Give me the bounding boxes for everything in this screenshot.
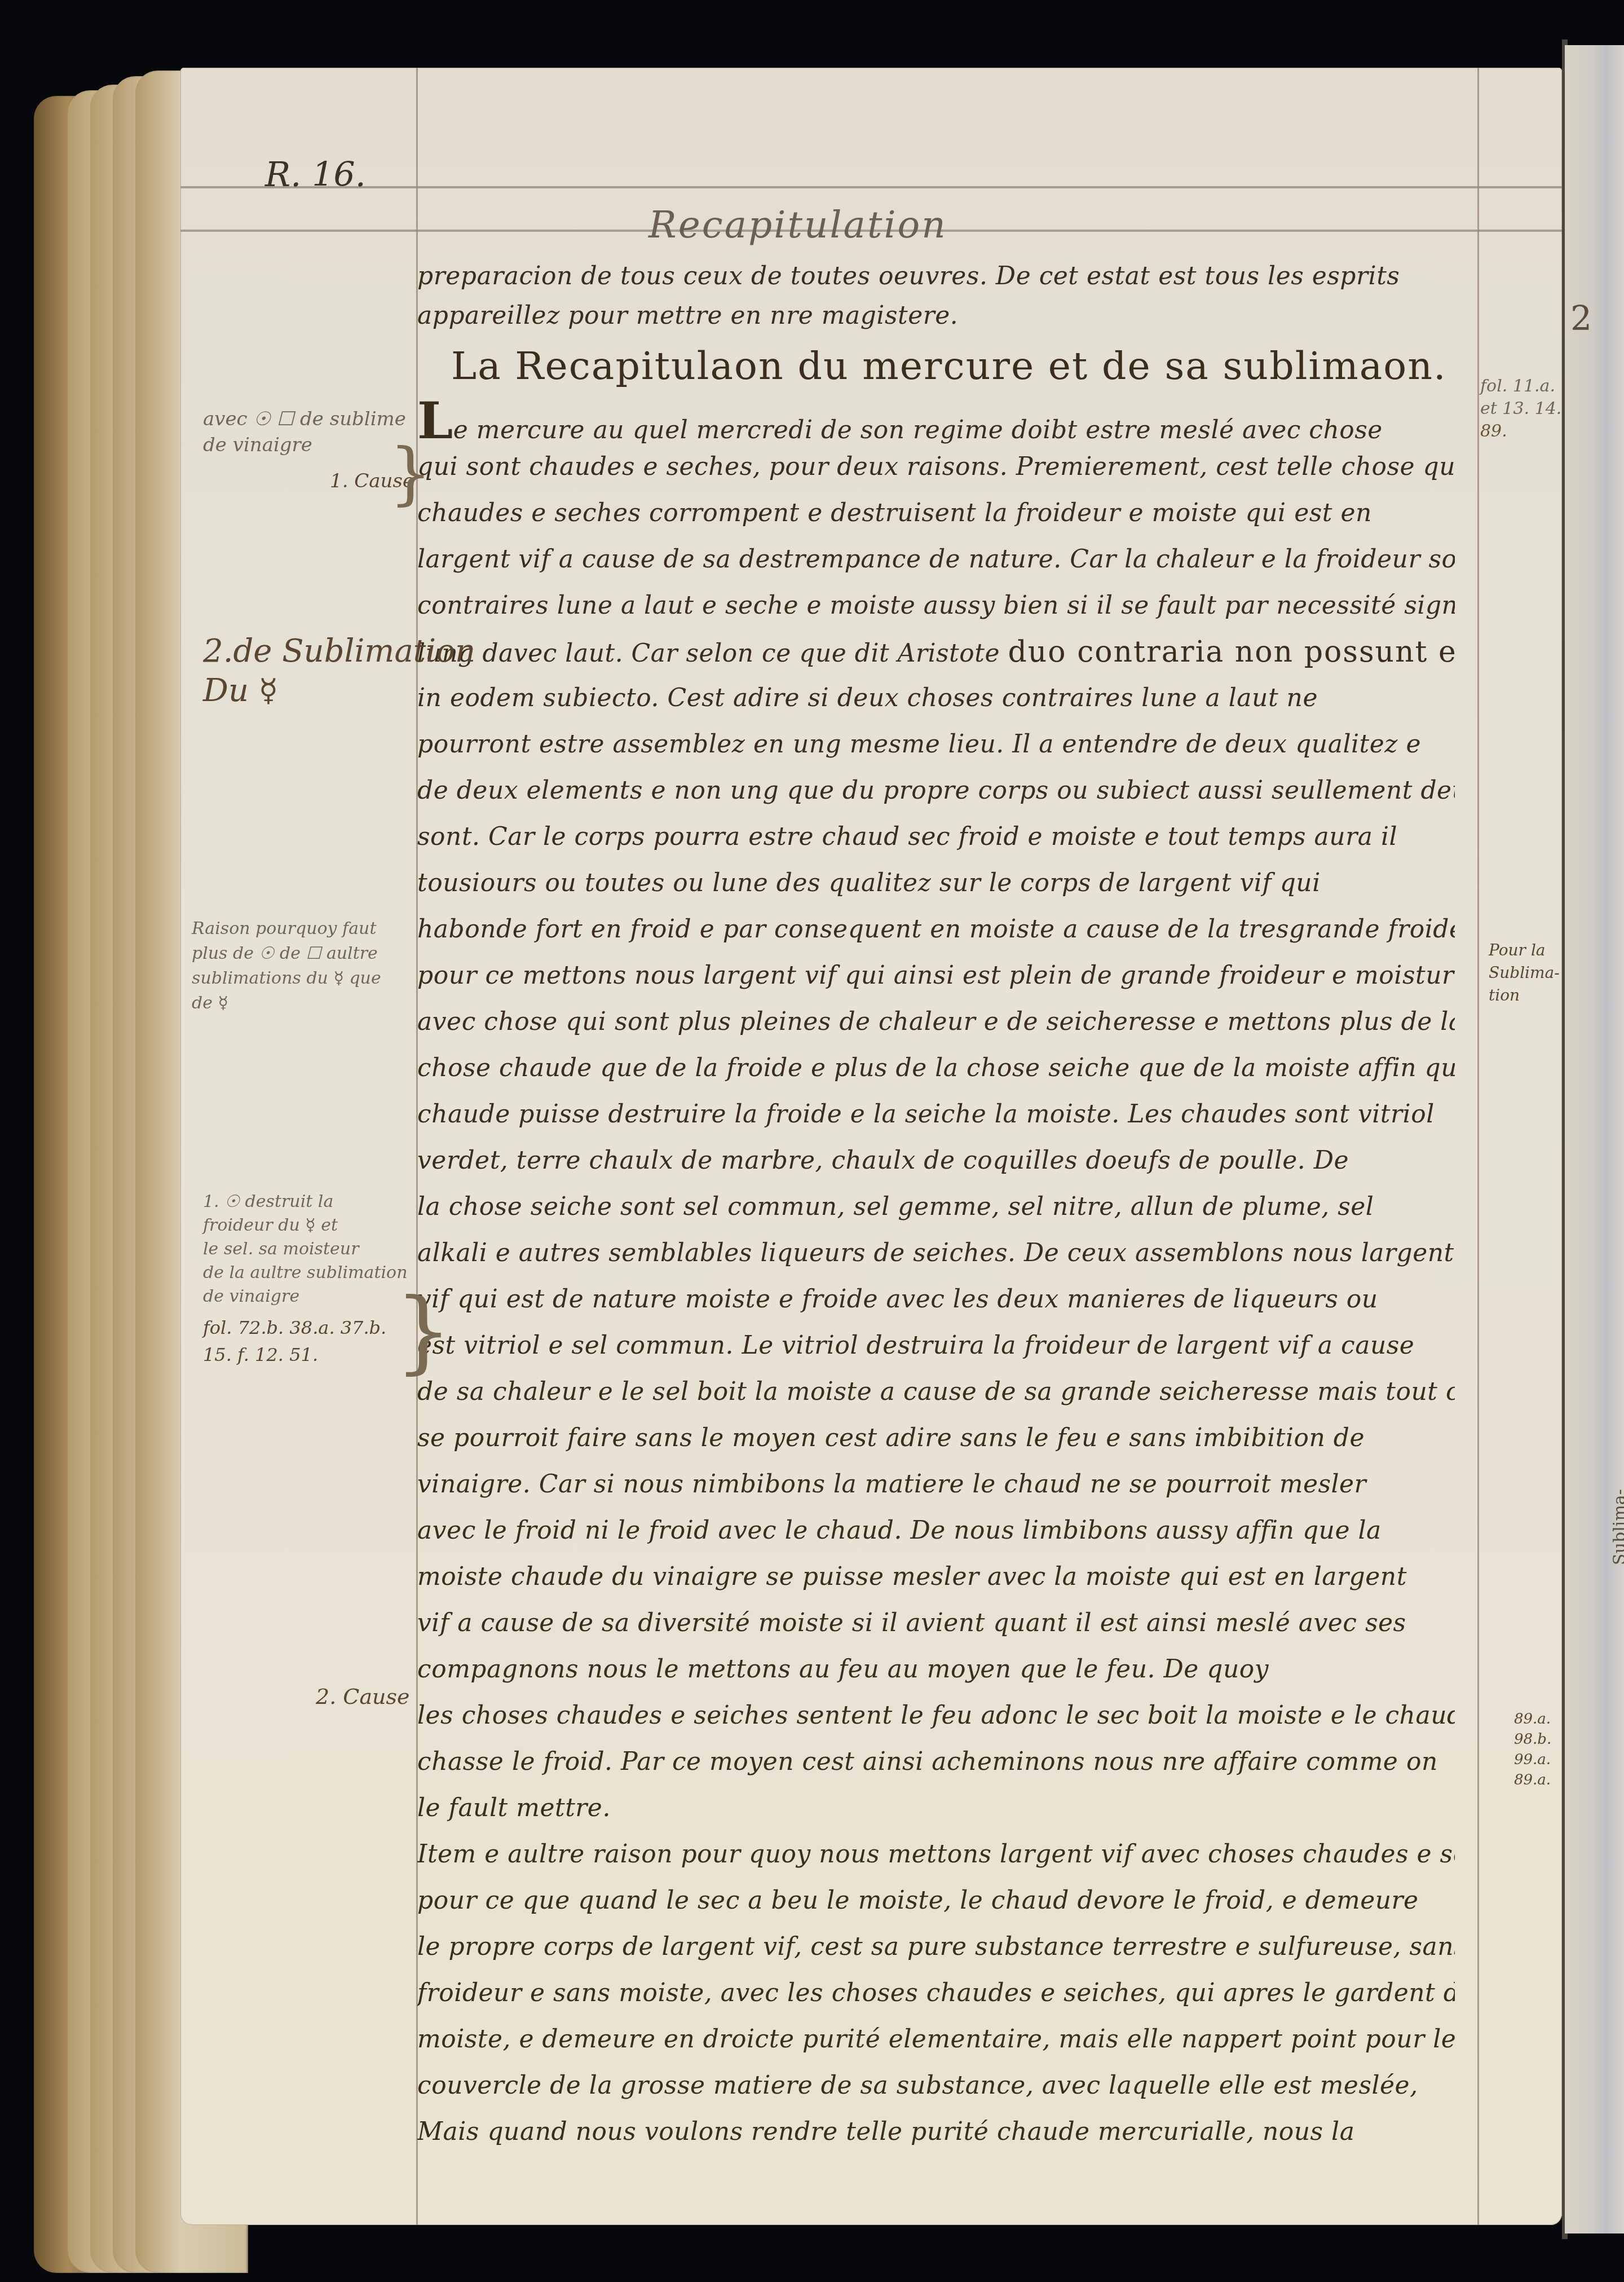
running-head: Recapitulation xyxy=(648,203,947,246)
text-line: compagnons nous le mettons au feu au moy… xyxy=(417,1646,1455,1693)
intro-line: appareillez pour mettre en nre magistere… xyxy=(417,296,1455,336)
text-line: in eodem subiecto. Cest adire si deux ch… xyxy=(417,675,1455,721)
text-line: sont. Car le corps pourra estre chaud se… xyxy=(417,814,1455,860)
top-rule xyxy=(180,186,1562,188)
text-line: alkali e autres semblables liqueurs de s… xyxy=(417,1230,1455,1276)
text-line: contraires lune a laut e seche e moiste … xyxy=(417,583,1455,629)
margin-right-note-sublimation: Pour la Sublima- tion xyxy=(1489,939,1560,1007)
text-line: avec le froid ni le froid avec le chaud.… xyxy=(417,1508,1455,1554)
brace-icon: } xyxy=(389,440,432,508)
margin-label-second-cause: 2. Cause xyxy=(316,1684,410,1710)
facing-page-fragment: 2 xyxy=(1570,299,1592,338)
text-line: verdet, terre chaulx de marbre, chaulx d… xyxy=(417,1138,1455,1184)
text-line: chasse le froid. Par ce moyen cest ainsi… xyxy=(417,1739,1455,1785)
text-line: vif a cause de sa diversité moiste si il… xyxy=(417,1600,1455,1646)
text-line: moiste chaude du vinaigre se puisse mesl… xyxy=(417,1554,1455,1600)
text-line: habonde fort en froid e par consequent e… xyxy=(417,906,1455,953)
text-line: chaude puisse destruire la froide e la s… xyxy=(417,1091,1455,1138)
text-line: pour ce que quand le sec a beu le moiste… xyxy=(417,1878,1455,1924)
text-line: Mais quand nous voulons rendre telle pur… xyxy=(417,2109,1455,2155)
text-line: vinaigre. Car si nous nimbibons la matie… xyxy=(417,1461,1455,1508)
text-line: le propre corps de largent vif, cest sa … xyxy=(417,1924,1455,1970)
text-line: se pourroit faire sans le moyen cest adi… xyxy=(417,1415,1455,1461)
facing-page-edge: 2 Sublima- xyxy=(1565,45,1624,2233)
text-line: pour ce mettons nous largent vif qui ain… xyxy=(417,953,1455,999)
margin-note-vitriol: 1. ☉ destruit la froideur du ☿ et le sel… xyxy=(203,1190,407,1309)
text-line: est vitriol e sel commun. Le vitriol des… xyxy=(417,1323,1455,1369)
text-line: la chose seiche sont sel commun, sel gem… xyxy=(417,1184,1455,1230)
margin-note-sublime: avec ☉ ☐ de sublime de vinaigre xyxy=(203,406,406,458)
text-line: Item e aultre raison pour quoy nous mett… xyxy=(417,1831,1455,1878)
folio-number: R. 16. xyxy=(265,155,366,195)
intro-line: preparacion de tous ceux de toutes oeuvr… xyxy=(417,257,1455,296)
text-line: avec chose qui sont plus pleines de chal… xyxy=(417,999,1455,1045)
text-line: qui sont chaudes e seches, pour deux rai… xyxy=(417,444,1455,490)
margin-note-reason: Raison pourquoy faut plus de ☉ de ☐ ault… xyxy=(192,917,381,1016)
text-line: les choses chaudes e seiches sentent le … xyxy=(417,1693,1455,1739)
section-heading: La Recapitulaon du mercure et de sa subl… xyxy=(417,336,1455,398)
text-line: de sa chaleur e le sel boit la moiste a … xyxy=(417,1369,1455,1415)
text-line: lung davec laut. Car selon ce que dit Ar… xyxy=(417,629,1455,675)
latin-quotation: duo contraria non possunt esse xyxy=(1008,635,1455,669)
text-line: pourront estre assemblez en ung mesme li… xyxy=(417,721,1455,768)
text-line: largent vif a cause de sa destrempance d… xyxy=(417,536,1455,583)
text-line: Le mercure au quel mercredi de son regim… xyxy=(417,398,1455,444)
margin-heading-sublimation: 2.de Sublimation Du ☿ xyxy=(203,632,475,711)
brace-icon: } xyxy=(395,1286,452,1376)
main-text-block: preparacion de tous ceux de toutes oeuvr… xyxy=(417,257,1455,2155)
text-line: froideur e sans moiste, avec les choses … xyxy=(417,1970,1455,2016)
text-line: de deux elements e non ung que du propre… xyxy=(417,768,1455,814)
right-margin-rule xyxy=(1477,68,1479,2225)
text-line: chaudes e seches corrompent e destruisen… xyxy=(417,490,1455,536)
text-line: couvercle de la grosse matiere de sa sub… xyxy=(417,2063,1455,2109)
text-line: vif qui est de nature moiste e froide av… xyxy=(417,1276,1455,1323)
margin-folio-references: fol. 72.b. 38.a. 37.b. 15. f. 12. 51. xyxy=(203,1314,386,1368)
facing-page-fragment: Sublima- xyxy=(1610,1489,1624,1565)
text-line: moiste, e demeure en droicte purité elem… xyxy=(417,2016,1455,2063)
margin-right-references-2: 89.a. 98.b. 99.a. 89.a. xyxy=(1514,1709,1551,1790)
text-line: tousiours ou toutes ou lune des qualitez… xyxy=(417,860,1455,906)
text-line: chose chaude que de la froide e plus de … xyxy=(417,1045,1455,1091)
margin-right-references: fol. 11.a. et 13. 14. 89. xyxy=(1480,375,1561,443)
text-line: le fault mettre. xyxy=(417,1785,1455,1831)
